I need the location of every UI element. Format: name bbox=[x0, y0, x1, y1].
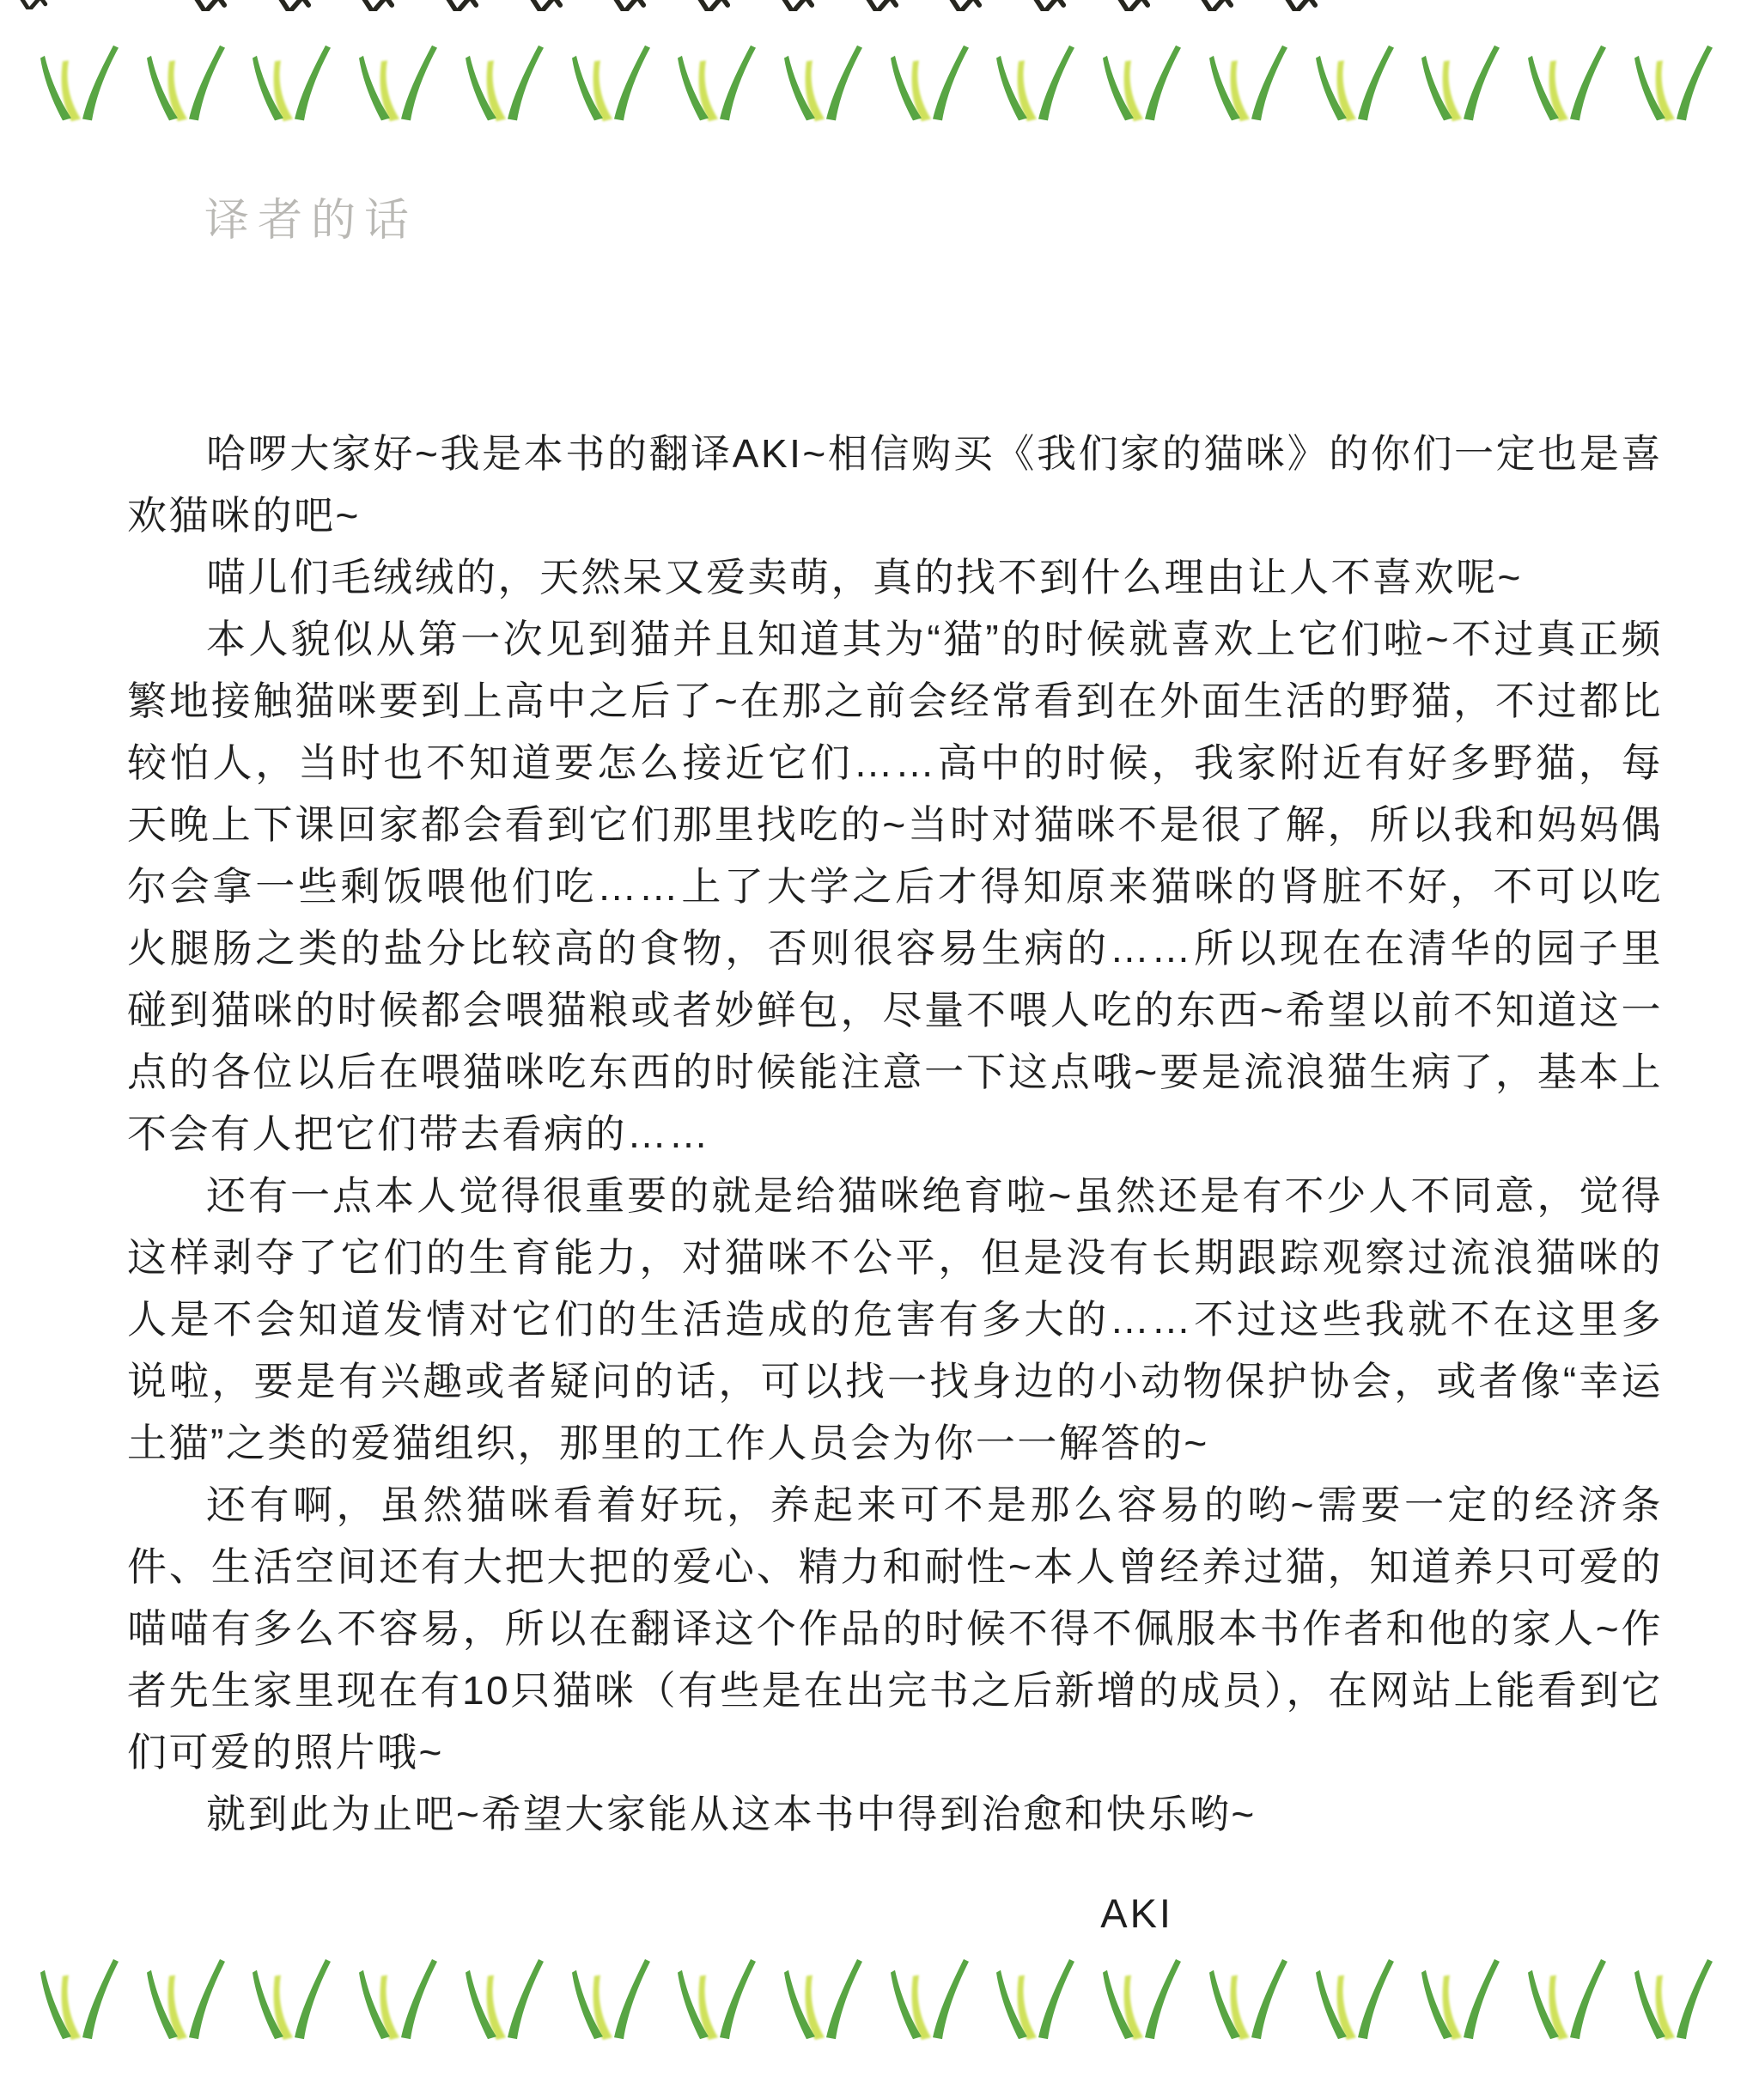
page-edge-artifact bbox=[445, 0, 479, 11]
page-edge-artifact bbox=[781, 0, 815, 11]
grass-tuft-icon bbox=[1315, 1958, 1401, 2042]
grass-tuft-icon bbox=[783, 1958, 869, 2042]
grass-tuft-icon bbox=[1208, 45, 1294, 124]
grass-tuft-icon bbox=[995, 45, 1081, 124]
grass-tuft-icon bbox=[783, 45, 869, 124]
page-edge-artifacts bbox=[193, 0, 1318, 11]
page-edge-artifact bbox=[865, 0, 899, 11]
page-edge-artifact bbox=[697, 0, 731, 11]
grass-tuft-icon bbox=[146, 1958, 232, 2042]
paragraph-2: 喵儿们毛绒绒的，天然呆又爱卖萌，真的找不到什么理由让人不喜欢呢~ bbox=[127, 546, 1663, 608]
grass-tuft-icon bbox=[995, 1958, 1081, 2042]
grass-tuft-icon bbox=[465, 45, 551, 124]
signature: AKI bbox=[127, 1890, 1663, 1937]
grass-tuft-icon bbox=[252, 45, 338, 124]
page-edge-artifact bbox=[19, 0, 48, 9]
translator-note: 哈啰大家好~我是本书的翻译AKI~相信购买《我们家的猫咪》的你们一定也是喜欢猫咪… bbox=[127, 423, 1663, 1845]
page-edge-artifact bbox=[948, 0, 983, 11]
page-edge-artifact bbox=[1117, 0, 1151, 11]
grass-tuft-icon bbox=[252, 1958, 338, 2042]
page-title: 译者的话 bbox=[204, 184, 417, 248]
page-edge-artifact bbox=[1032, 0, 1067, 11]
grass-tuft-icon bbox=[1527, 45, 1613, 124]
grass-tuft-icon bbox=[677, 1958, 763, 2042]
grass-tuft-icon bbox=[571, 1958, 657, 2042]
page-edge-artifact bbox=[193, 0, 228, 11]
grass-tuft-icon bbox=[677, 45, 763, 124]
page-edge-artifact bbox=[1200, 0, 1234, 11]
grass-tuft-icon bbox=[146, 45, 232, 124]
paragraph-6: 就到此为止吧~希望大家能从这本书中得到治愈和快乐哟~ bbox=[127, 1783, 1663, 1845]
grass-tuft-icon bbox=[571, 45, 657, 124]
grass-tuft-icon bbox=[1315, 45, 1401, 124]
page-edge-artifact bbox=[529, 0, 563, 11]
grass-tuft-icon bbox=[890, 45, 976, 124]
grass-tuft-icon bbox=[1421, 1958, 1506, 2042]
grass-tuft-icon bbox=[358, 1958, 444, 2042]
grass-tuft-icon bbox=[1634, 1958, 1719, 2042]
grass-tuft-icon bbox=[1421, 45, 1506, 124]
grass-tuft-icon bbox=[1527, 1958, 1613, 2042]
grass-border-top bbox=[0, 45, 1759, 124]
paragraph-1: 哈啰大家好~我是本书的翻译AKI~相信购买《我们家的猫咪》的你们一定也是喜欢猫咪… bbox=[127, 423, 1663, 546]
grass-tuft-icon bbox=[40, 45, 125, 124]
grass-tuft-icon bbox=[890, 1958, 976, 2042]
grass-border-bottom bbox=[0, 1958, 1759, 2042]
grass-tuft-icon bbox=[40, 1958, 125, 2042]
page-edge-artifact bbox=[1284, 0, 1318, 11]
grass-tuft-icon bbox=[465, 1958, 551, 2042]
paragraph-3: 本人貌似从第一次见到猫并且知道其为“猫”的时候就喜欢上它们啦~不过真正频繁地接触… bbox=[127, 608, 1663, 1165]
grass-tuft-icon bbox=[1102, 1958, 1188, 2042]
page-edge-artifact bbox=[612, 0, 647, 11]
grass-tuft-icon bbox=[1102, 45, 1188, 124]
paragraph-5: 还有啊，虽然猫咪看着好玩，养起来可不是那么容易的哟~需要一定的经济条件、生活空间… bbox=[127, 1474, 1663, 1783]
grass-tuft-icon bbox=[1208, 1958, 1294, 2042]
paragraph-4: 还有一点本人觉得很重要的就是给猫咪绝育啦~虽然还是有不少人不同意，觉得这样剥夺了… bbox=[127, 1165, 1663, 1474]
book-page: 译者的话 哈啰大家好~我是本书的翻译AKI~相信购买《我们家的猫咪》的你们一定也… bbox=[0, 0, 1759, 2100]
grass-tuft-icon bbox=[1634, 45, 1719, 124]
page-edge-artifact bbox=[361, 0, 395, 11]
page-edge-artifact bbox=[277, 0, 312, 11]
grass-tuft-icon bbox=[358, 45, 444, 124]
